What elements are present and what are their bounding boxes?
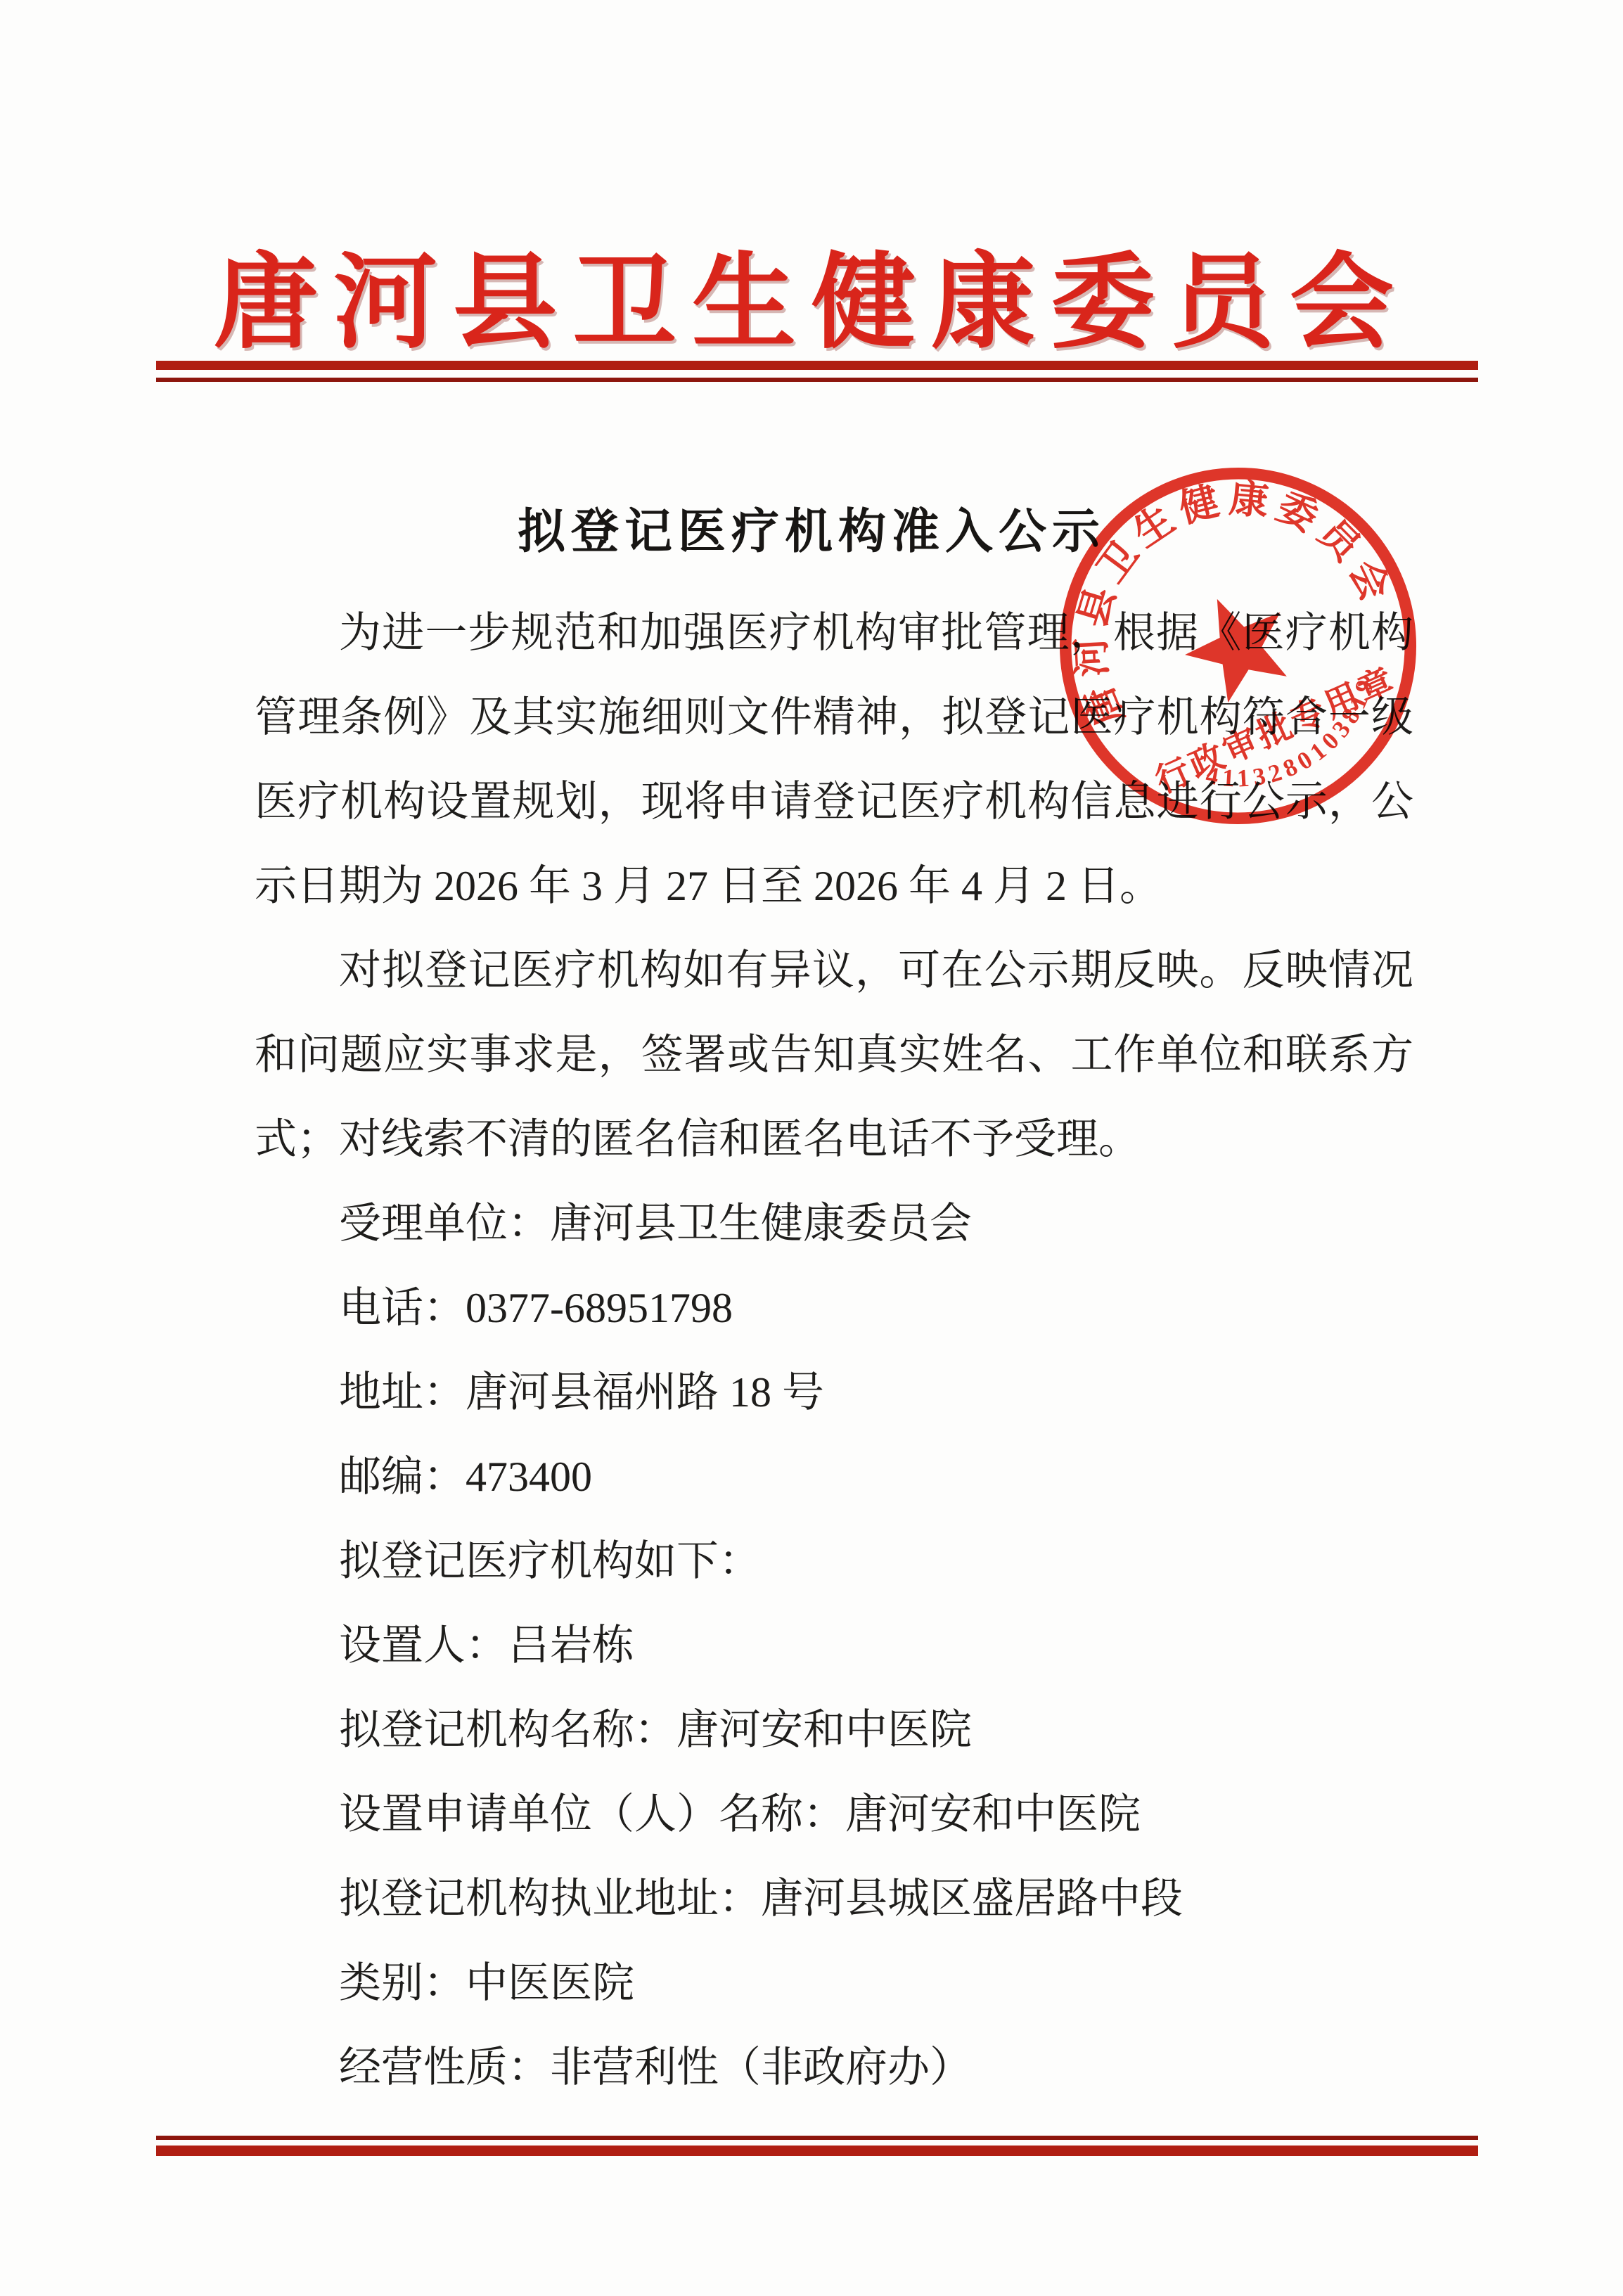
document-body: 为进一步规范和加强医疗机构审批管理，根据《医疗机构 管理条例》及其实施细则文件精… (255, 591, 1413, 2110)
body-line: 经营性质：非营利性（非政府办） (255, 2025, 1413, 2110)
bottom-rule-thin (156, 2136, 1478, 2140)
letterhead-title: 唐河县卫生健康委员会 (0, 219, 1623, 368)
bottom-rule-thick (156, 2146, 1478, 2156)
body-line: 拟登记医疗机构如下： (255, 1519, 1413, 1603)
body-line: 拟登记机构名称：唐河安和中医院 (255, 1688, 1413, 1772)
page: 唐河县卫生健康委员会 拟登记医疗机构准入公示 为进一步规范和加强医疗机构审批管理… (0, 0, 1623, 2296)
document-title: 拟登记医疗机构准入公示 (0, 494, 1623, 562)
top-rule-thick (156, 361, 1478, 370)
body-line: 为进一步规范和加强医疗机构审批管理，根据《医疗机构 (255, 591, 1413, 675)
body-line: 受理单位：唐河县卫生健康委员会 (255, 1181, 1413, 1266)
body-line: 设置申请单位（人）名称：唐河安和中医院 (255, 1772, 1413, 1856)
body-line: 拟登记机构执业地址：唐河县城区盛居路中段 (255, 1856, 1413, 1941)
body-line: 示日期为 2026 年 3 月 27 日至 2026 年 4 月 2 日。 (255, 844, 1413, 928)
body-line: 邮编：473400 (255, 1435, 1413, 1519)
body-line: 对拟登记医疗机构如有异议，可在公示期反映。反映情况 (255, 928, 1413, 1013)
top-rule-thin (156, 378, 1478, 382)
body-line: 医疗机构设置规划，现将申请登记医疗机构信息进行公示，公 (255, 759, 1413, 844)
body-line: 和问题应实事求是，签署或告知真实姓名、工作单位和联系方 (255, 1013, 1413, 1097)
body-line: 设置人：吕岩栋 (255, 1603, 1413, 1688)
body-line: 类别：中医医院 (255, 1941, 1413, 2025)
body-line: 地址：唐河县福州路 18 号 (255, 1350, 1413, 1435)
body-line: 电话：0377-68951798 (255, 1266, 1413, 1350)
body-line: 式；对线索不清的匿名信和匿名电话不予受理。 (255, 1097, 1413, 1181)
body-line: 管理条例》及其实施细则文件精神，拟登记医疗机构符合一级 (255, 675, 1413, 759)
